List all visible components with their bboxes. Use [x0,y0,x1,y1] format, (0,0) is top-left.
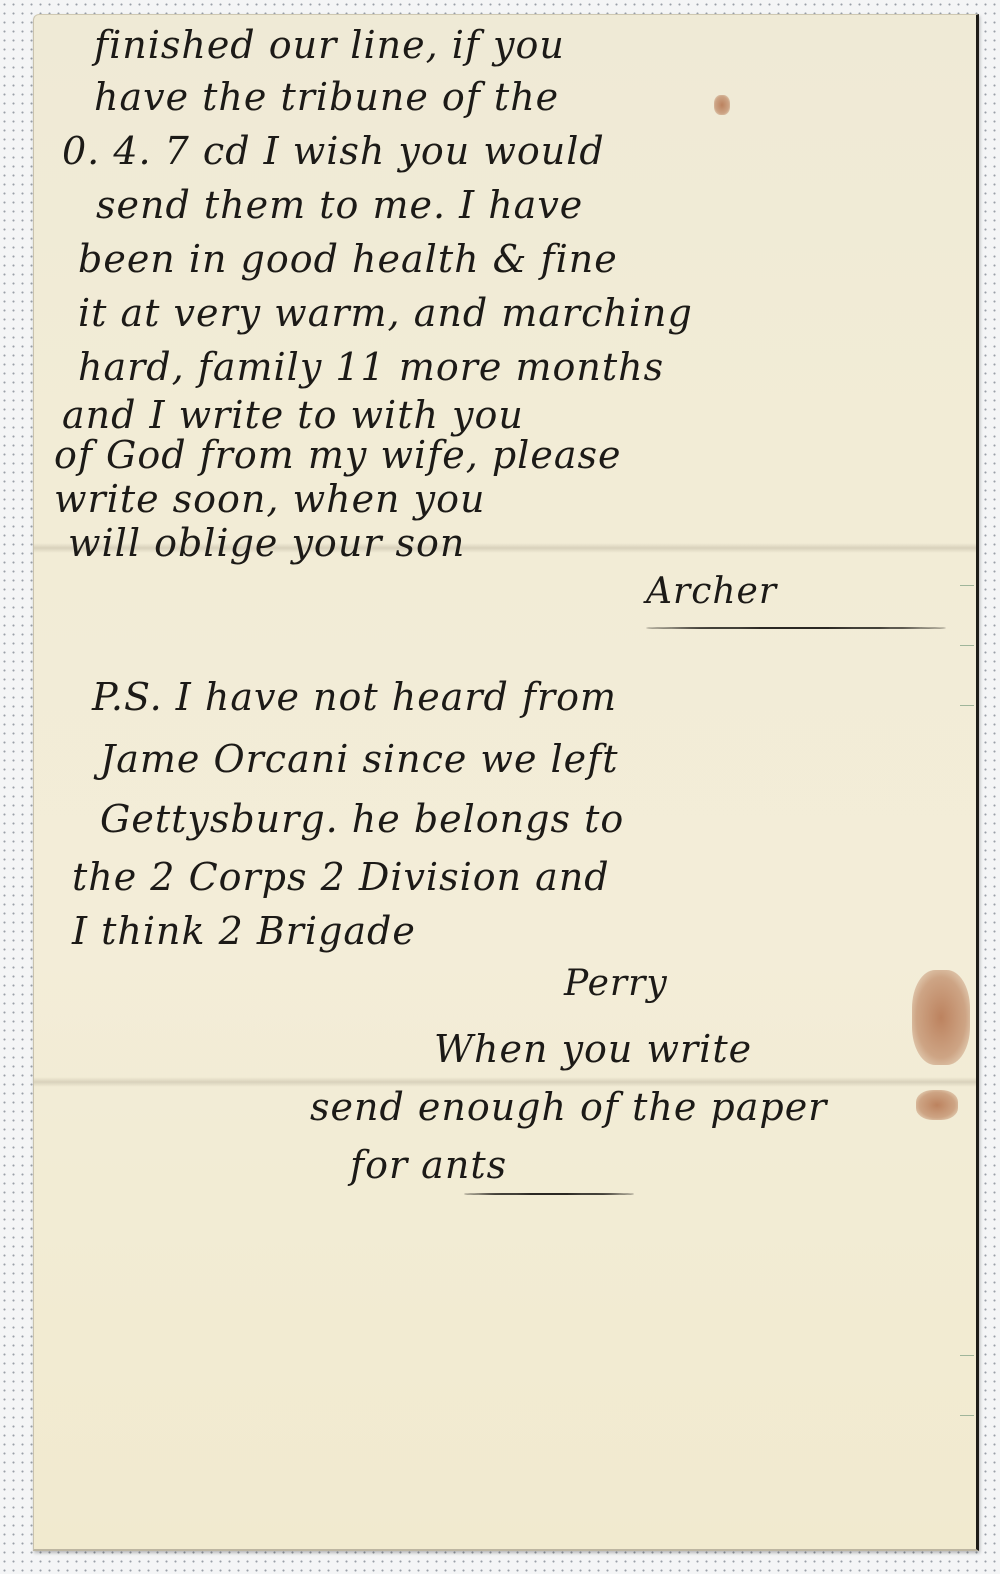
margin-rule-mark [960,1355,974,1356]
postscript-line: I think 2 Brigade [72,909,416,953]
postscript-line: Gettysburg. he belongs to [100,797,624,841]
body-line: been in good health & fine [78,237,618,281]
ink-blot [714,95,730,115]
closing-line: for ants [350,1143,507,1187]
margin-rule-mark [960,1415,974,1416]
body-line: write soon, when you [54,477,485,521]
underline-flourish [464,1193,634,1195]
body-line: finished our line, if you [94,23,565,67]
closing-line: When you write [434,1027,752,1071]
body-line: of God from my wife, please [54,433,621,477]
closing-line: send enough of the paper [310,1085,827,1129]
letter-page: finished our line, if you have the tribu… [33,14,979,1551]
signature-flourish [646,627,946,629]
body-line: have the tribune of the [94,75,559,119]
margin-rule-mark [960,585,974,586]
ps-signature: Perry [564,963,668,1004]
postscript-line: P.S. I have not heard from [92,675,617,719]
body-line: will oblige your son [68,521,465,565]
margin-rule-mark [960,705,974,706]
rust-stain [916,1090,958,1120]
body-line: it at very warm, and marching [78,291,693,335]
body-line: 0. 4. 7 cd I wish you would [62,129,605,173]
body-line: and I write to with you [62,393,524,437]
signature: Archer [646,571,777,612]
margin-rule-mark [960,645,974,646]
rust-stain [912,970,970,1065]
postscript-line: the 2 Corps 2 Division and [72,855,610,899]
postscript-line: Jame Orcani since we left [100,737,619,781]
body-line: hard, family 11 more months [78,345,664,389]
body-line: send them to me. I have [96,183,583,227]
